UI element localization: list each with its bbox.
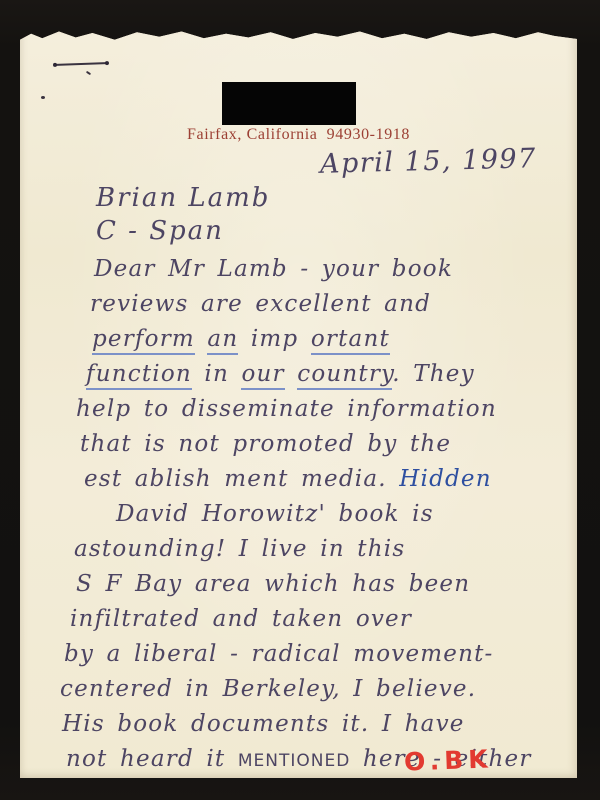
letter-line: perform an imp ortant xyxy=(92,322,565,357)
letter-text: imp xyxy=(238,326,311,352)
underlined-word: ortant xyxy=(311,326,390,355)
letter-line: His book documents it. I have xyxy=(62,707,565,742)
letter-paper: Fairfax, California 94930-1918 April 15,… xyxy=(20,30,577,778)
letter-text: astounding! I live in this xyxy=(74,536,405,562)
letter-text: S F Bay area which has been xyxy=(76,571,470,597)
underlined-word: function xyxy=(86,361,192,390)
letter-text: in xyxy=(192,361,242,387)
recipient-name: Brian Lamb xyxy=(96,182,270,215)
recipient-block: Brian Lamb C - Span xyxy=(96,182,270,248)
scan-background: Fairfax, California 94930-1918 April 15,… xyxy=(0,0,600,800)
letter-text: His book documents it. I have xyxy=(62,711,465,737)
letter-line: est ablish ment media. Hidden xyxy=(84,462,565,497)
letter-line: help to disseminate information xyxy=(76,392,565,427)
letter-text xyxy=(195,326,208,352)
letter-line: function in our country. They xyxy=(86,357,565,392)
pen-mark xyxy=(86,71,91,76)
letterhead-address: Fairfax, California 94930-1918 xyxy=(20,126,577,144)
letter-text: not heard it xyxy=(66,746,238,772)
redaction-box xyxy=(222,82,356,125)
letter-line: infiltrated and taken over xyxy=(70,602,565,637)
letter-text: help to disseminate information xyxy=(76,396,497,422)
letter-text: infiltrated and taken over xyxy=(70,606,412,632)
recipient-org: C - Span xyxy=(96,215,270,248)
letter-line: David Horowitz' book is xyxy=(116,497,565,532)
letter-text: Dear Mr Lamb - your book xyxy=(94,256,453,282)
pen-mark xyxy=(55,62,107,66)
letter-line: Dear Mr Lamb - your book xyxy=(94,252,565,287)
underlined-word: an xyxy=(207,326,238,355)
letter-text: that is not promoted by the xyxy=(80,431,451,457)
date-line: April 15, 1997 xyxy=(320,143,538,180)
letter-line: reviews are excellent and xyxy=(90,287,565,322)
red-annotation: O.BK xyxy=(404,744,494,776)
underlined-word: our xyxy=(241,361,284,390)
letter-line: centered in Berkeley, I believe. xyxy=(60,672,565,707)
letter-text: centered in Berkeley, I believe. xyxy=(60,676,476,702)
letter-text: MENTIONED xyxy=(238,751,350,771)
letter-text: . They xyxy=(392,361,475,387)
underlined-word: country xyxy=(297,361,392,390)
letter-line: by a liberal - radical movement- xyxy=(64,637,565,672)
letter-line: S F Bay area which has been xyxy=(76,567,565,602)
letter-line: astounding! I live in this xyxy=(74,532,565,567)
letter-line: that is not promoted by the xyxy=(80,427,565,462)
blue-ink-word: Hidden xyxy=(399,466,491,492)
letter-body: Dear Mr Lamb - your bookreviews are exce… xyxy=(60,252,565,777)
letter-text: reviews are excellent and xyxy=(90,291,431,317)
letter-text: est ablish ment media. xyxy=(84,466,399,492)
letter-text: David Horowitz' book is xyxy=(116,501,434,527)
letter-text: by a liberal - radical movement- xyxy=(64,641,494,667)
letter-text xyxy=(285,361,298,387)
underlined-word: perform xyxy=(92,326,195,355)
pen-mark xyxy=(41,96,45,99)
